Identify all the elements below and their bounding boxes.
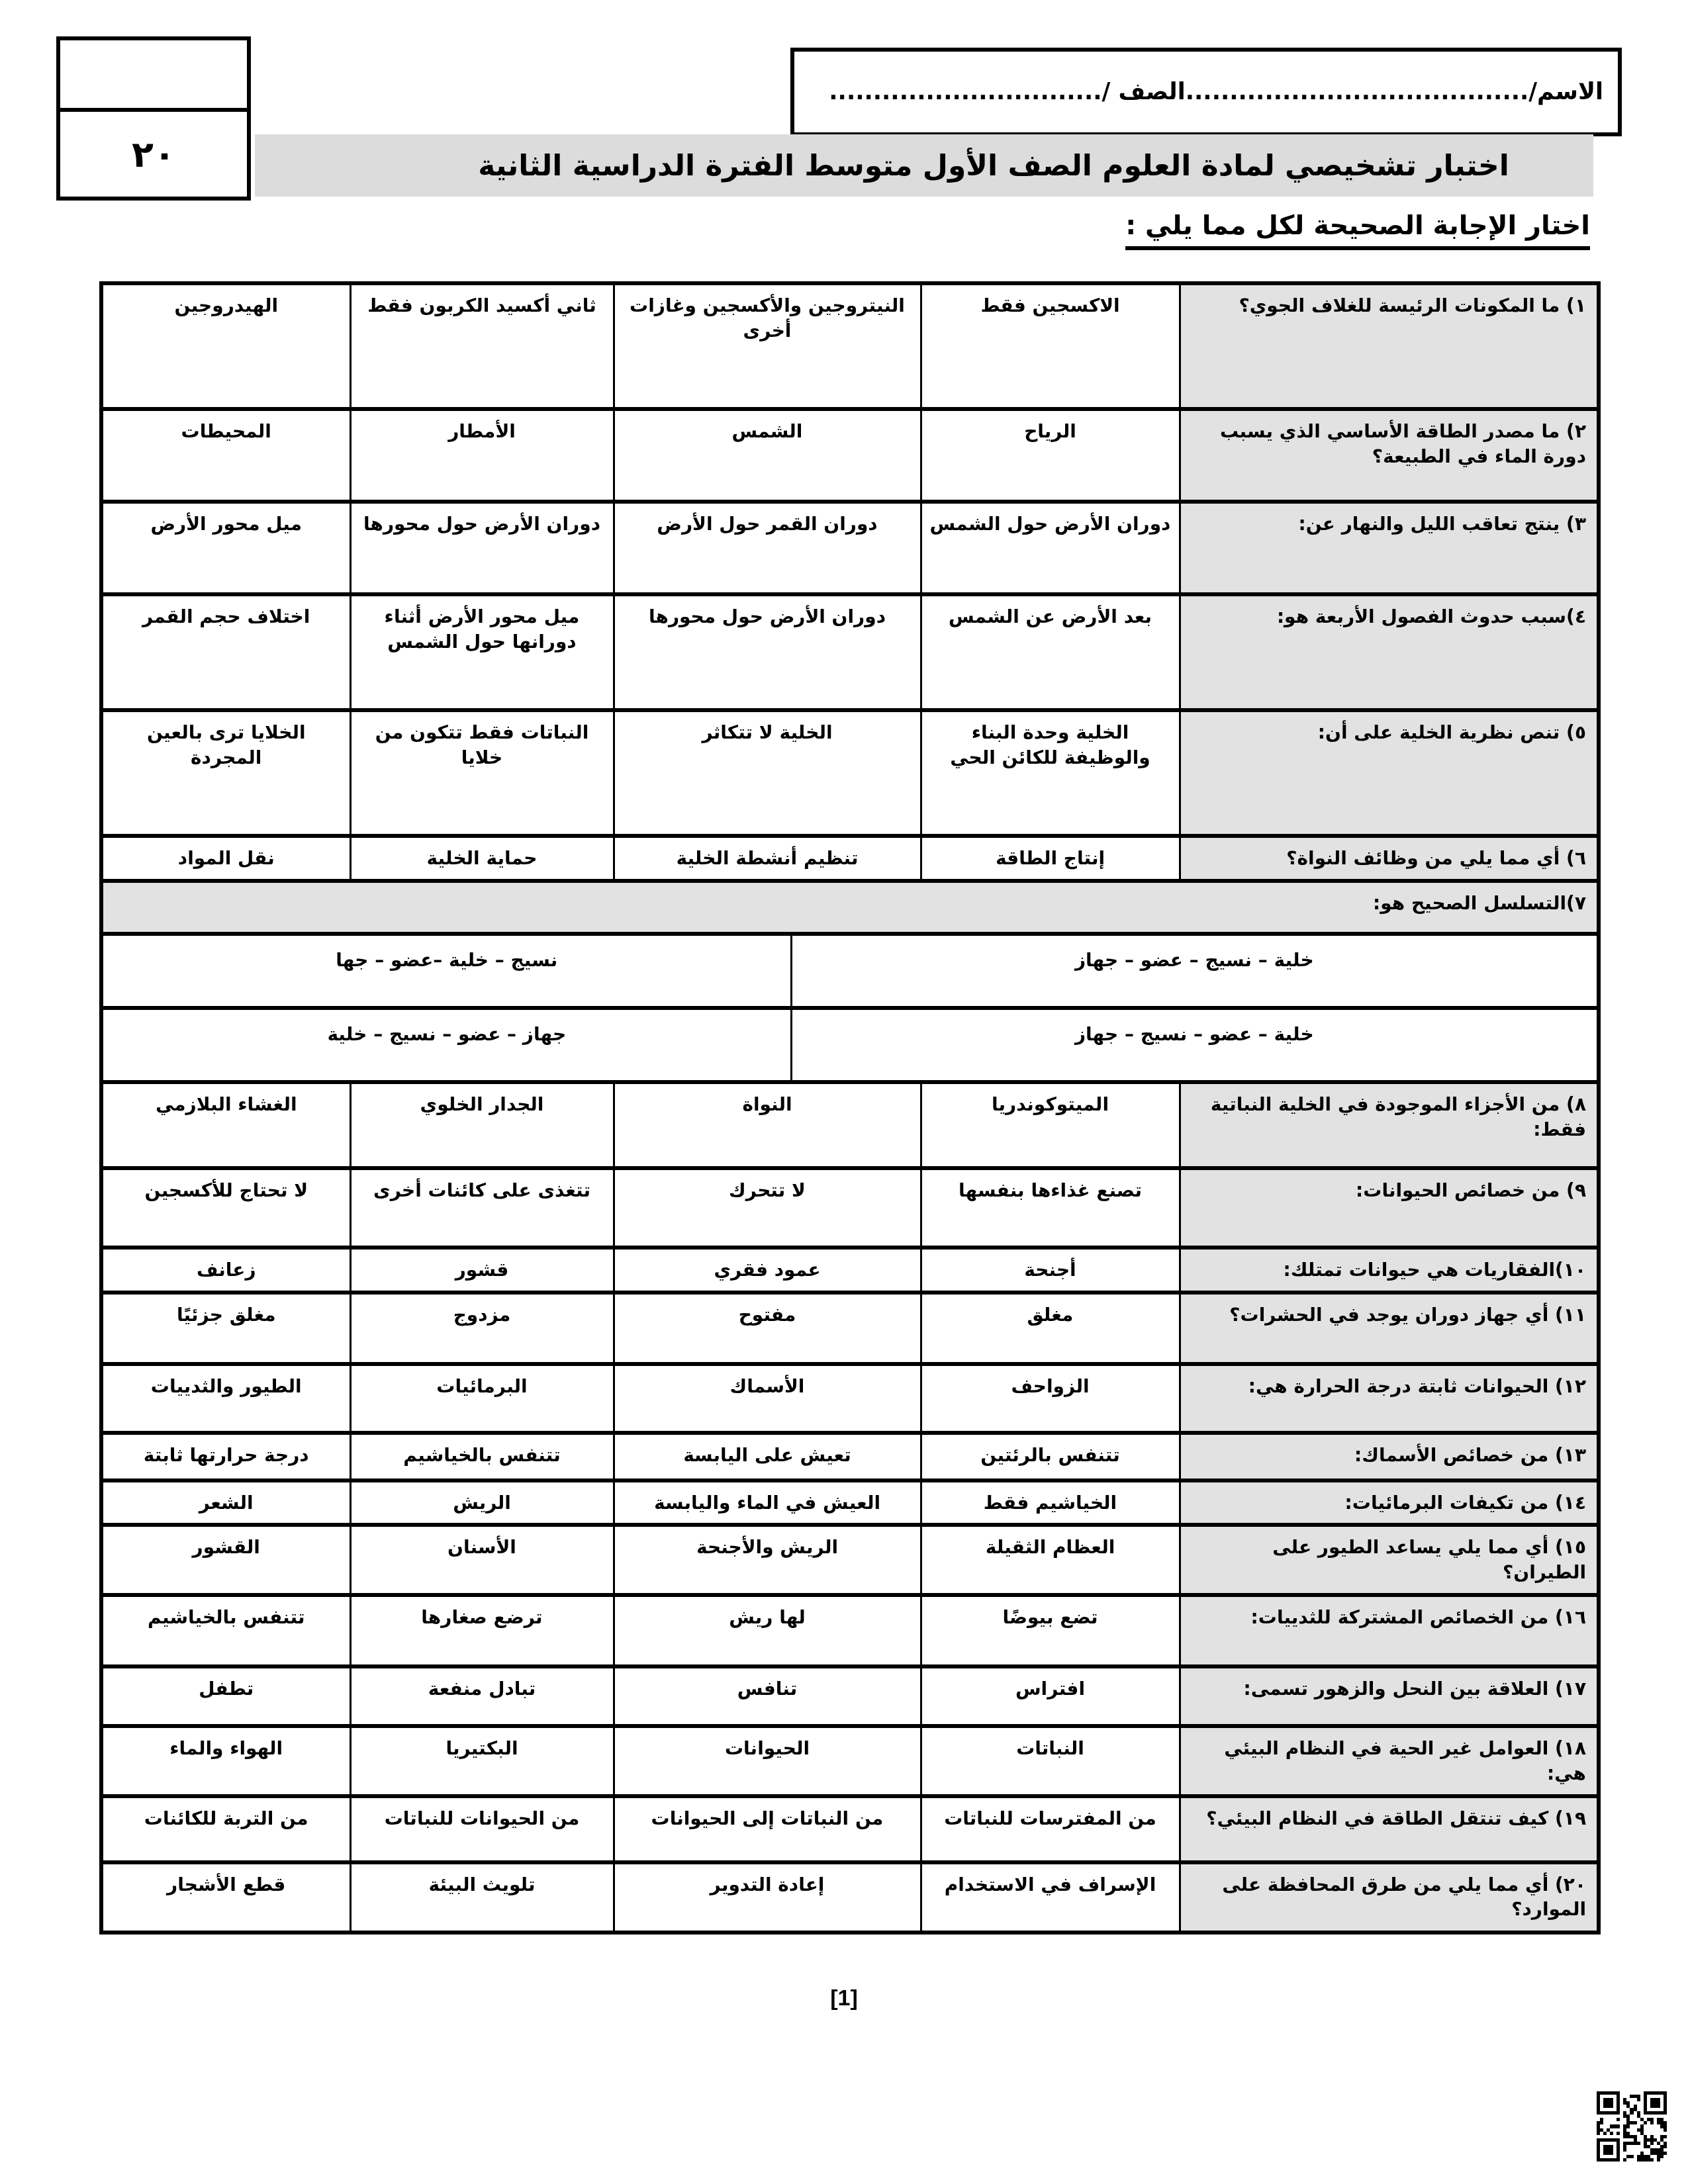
table-row: ١١) أي جهاز دوران يوجد في الحشرات؟مغلقمف…	[101, 1293, 1599, 1364]
table-row: ١٤) من تكيفات البرمائيات:الخياشيم فقطالع…	[101, 1480, 1599, 1525]
answer-option[interactable]: لا تتحرك	[614, 1168, 921, 1248]
answer-option[interactable]: العيش في الماء واليابسة	[614, 1480, 921, 1525]
answer-option[interactable]: الهيدروجين	[101, 283, 350, 409]
answer-option[interactable]: من المفترسات للنباتات	[921, 1796, 1180, 1862]
answer-option[interactable]: اختلاف حجم القمر	[101, 594, 350, 710]
instruction-wrap: اختار الإجابة الصحيحة لكل مما يلي :	[1125, 210, 1590, 250]
table-row: ١٦) من الخصائص المشتركة للثدييات:تضع بيو…	[101, 1595, 1599, 1666]
answer-option[interactable]: الاكسجين فقط	[921, 283, 1180, 409]
answer-option[interactable]: ميل محور الأرض	[101, 502, 350, 594]
table-row: ١٧) العلاقة بين النحل والزهور تسمى:افترا…	[101, 1666, 1599, 1726]
answer-option[interactable]: الريش	[350, 1480, 614, 1525]
table-row: ٧)التسلسل الصحيح هو:	[101, 881, 1599, 934]
answer-option[interactable]: النباتات	[921, 1726, 1180, 1796]
answer-option[interactable]: لا تحتاج للأكسجين	[101, 1168, 350, 1248]
table-row: خلية – عضو – نسيج – جهازجهاز – عضو – نسي…	[101, 1008, 1599, 1082]
answer-option[interactable]: الزواحف	[921, 1364, 1180, 1433]
answer-option[interactable]: من الحيوانات للنباتات	[350, 1796, 614, 1862]
question-cell: ١٣) من خصائص الأسماك:	[1180, 1433, 1599, 1480]
test-document-page: { "header": { "score_value": "٢٠", "name…	[0, 0, 1688, 2184]
answer-option[interactable]: دوران الأرض حول محورها	[614, 594, 921, 710]
question-cell: ٨) من الأجزاء الموجودة في الخلية النباتي…	[1180, 1082, 1599, 1168]
question-cell: ١٢) الحيوانات ثابتة درجة الحرارة هي:	[1180, 1364, 1599, 1433]
answer-option[interactable]: قشور	[350, 1248, 614, 1293]
answer-option[interactable]: خلية – نسيج – عضو – جهاز	[791, 934, 1599, 1008]
answer-option[interactable]: خلية – عضو – نسيج – جهاز	[791, 1008, 1599, 1082]
answer-option[interactable]: تلويث البيئة	[350, 1862, 614, 1933]
answer-option[interactable]: درجة حرارتها ثابتة	[101, 1433, 350, 1480]
answer-option[interactable]: الأسنان	[350, 1525, 614, 1595]
question-cell: ١) ما المكونات الرئيسة للغلاف الجوي؟	[1180, 283, 1599, 409]
answer-option[interactable]: لها ريش	[614, 1595, 921, 1666]
table-row: ١٢) الحيوانات ثابتة درجة الحرارة هي:الزو…	[101, 1364, 1599, 1433]
total-marks-value: ٢٠	[60, 112, 247, 197]
answer-option[interactable]: القشور	[101, 1525, 350, 1595]
answer-option[interactable]: بعد الأرض عن الشمس	[921, 594, 1180, 710]
answer-option[interactable]: تعيش على اليابسة	[614, 1433, 921, 1480]
answer-option[interactable]: البكتيريا	[350, 1726, 614, 1796]
answer-option[interactable]: نسيج – خلية –عضو – جها	[101, 934, 791, 1008]
answer-option[interactable]: ترضع صغارها	[350, 1595, 614, 1666]
answer-option[interactable]: مغلق	[921, 1293, 1180, 1364]
answer-option[interactable]: دوران الأرض حول الشمس	[921, 502, 1180, 594]
answer-option[interactable]: البرمائيات	[350, 1364, 614, 1433]
answer-option[interactable]: الشمس	[614, 409, 921, 502]
answer-option[interactable]: الحيوانات	[614, 1726, 921, 1796]
page-number: [1]	[0, 1985, 1688, 2011]
answer-option[interactable]: تصنع غذاءها بنفسها	[921, 1168, 1180, 1248]
answer-option[interactable]: الرياح	[921, 409, 1180, 502]
answer-option[interactable]: الجدار الخلوي	[350, 1082, 614, 1168]
answer-option[interactable]: مزدوج	[350, 1293, 614, 1364]
question-cell: ٢٠) أي مما يلي من طرق المحافظة على الموا…	[1180, 1862, 1599, 1933]
answer-option[interactable]: دوران القمر حول الأرض	[614, 502, 921, 594]
test-title: اختبار تشخيصي لمادة العلوم الصف الأول مت…	[478, 149, 1509, 183]
answer-option[interactable]: النواة	[614, 1082, 921, 1168]
answer-option[interactable]: الأسماك	[614, 1364, 921, 1433]
answer-option[interactable]: دوران الأرض حول محورها	[350, 502, 614, 594]
answer-option[interactable]: الإسراف في الاستخدام	[921, 1862, 1180, 1933]
answer-option[interactable]: المحيطات	[101, 409, 350, 502]
answer-option[interactable]: الهواء والماء	[101, 1726, 350, 1796]
table-row: ٥) تنص نظرية الخلية على أن:الخلية وحدة ا…	[101, 710, 1599, 836]
answer-option[interactable]: إعادة التدوير	[614, 1862, 921, 1933]
questions-table: ١) ما المكونات الرئيسة للغلاف الجوي؟الاك…	[99, 281, 1601, 1934]
table-row: ١٣) من خصائص الأسماك:تتنفس بالرئتينتعيش …	[101, 1433, 1599, 1480]
question-cell: ١٥) أي مما يلي يساعد الطيور على الطيران؟	[1180, 1525, 1599, 1595]
answer-option[interactable]: الطيور والثدييات	[101, 1364, 350, 1433]
qr-code	[1597, 2091, 1667, 2161]
name-class-line: الاسم/..................................…	[829, 79, 1603, 105]
table-row: ١٨) العوامل غير الحية في النظام البيئي ه…	[101, 1726, 1599, 1796]
answer-option[interactable]: مغلق جزئيًا	[101, 1293, 350, 1364]
answer-option[interactable]: زعانف	[101, 1248, 350, 1293]
answer-option[interactable]: تضع بيوضًا	[921, 1595, 1180, 1666]
answer-option[interactable]: النيتروجين والأكسجين وغازات أخرى	[614, 283, 921, 409]
question-cell: ١٠)الفقاريات هي حيوانات تمتلك:	[1180, 1248, 1599, 1293]
score-box: ٢٠	[56, 36, 251, 201]
answer-option[interactable]: تطفل	[101, 1666, 350, 1726]
answer-option[interactable]: نقل المواد	[101, 836, 350, 881]
answer-option[interactable]: ميل محور الأرض أثناء دورانها حول الشمس	[350, 594, 614, 710]
answer-option[interactable]: العظام الثقيلة	[921, 1525, 1180, 1595]
table-row: ٣) ينتج تعاقب الليل والنهار عن:دوران الأ…	[101, 502, 1599, 594]
table-row: ٨) من الأجزاء الموجودة في الخلية النباتي…	[101, 1082, 1599, 1168]
answer-option[interactable]: أجنحة	[921, 1248, 1180, 1293]
table-row: ٩) من خصائص الحيوانات:تصنع غذاءها بنفسها…	[101, 1168, 1599, 1248]
answer-option[interactable]: الخلية لا تتكاثر	[614, 710, 921, 836]
answer-option[interactable]: من النباتات إلى الحيوانات	[614, 1796, 921, 1862]
answer-option[interactable]: تتنفس بالخياشيم	[101, 1595, 350, 1666]
question-cell: ٥) تنص نظرية الخلية على أن:	[1180, 710, 1599, 836]
question-cell: ١١) أي جهاز دوران يوجد في الحشرات؟	[1180, 1293, 1599, 1364]
table-row: ١) ما المكونات الرئيسة للغلاف الجوي؟الاك…	[101, 283, 1599, 409]
answer-option[interactable]: حماية الخلية	[350, 836, 614, 881]
table-row: ٢) ما مصدر الطاقة الأساسي الذي يسبب دورة…	[101, 409, 1599, 502]
answer-option[interactable]: الميتوكوندريا	[921, 1082, 1180, 1168]
answer-option[interactable]: الخلايا ترى بالعين المجردة	[101, 710, 350, 836]
answer-option[interactable]: تتنفس بالرئتين	[921, 1433, 1180, 1480]
answer-option[interactable]: عمود فقري	[614, 1248, 921, 1293]
question-cell: ٧)التسلسل الصحيح هو:	[101, 881, 1599, 934]
answer-option[interactable]: ثاني أكسيد الكربون فقط	[350, 283, 614, 409]
question-cell: ١٧) العلاقة بين النحل والزهور تسمى:	[1180, 1666, 1599, 1726]
name-class-box: الاسم/..................................…	[790, 48, 1622, 136]
table-row: ٤)سبب حدوث الفصول الأربعة هو:بعد الأرض ع…	[101, 594, 1599, 710]
answer-option[interactable]: مفتوح	[614, 1293, 921, 1364]
question-cell: ٤)سبب حدوث الفصول الأربعة هو:	[1180, 594, 1599, 710]
answer-option[interactable]: الخياشيم فقط	[921, 1480, 1180, 1525]
question-cell: ٢) ما مصدر الطاقة الأساسي الذي يسبب دورة…	[1180, 409, 1599, 502]
question-cell: ٣) ينتج تعاقب الليل والنهار عن:	[1180, 502, 1599, 594]
instruction-heading: اختار الإجابة الصحيحة لكل مما يلي :	[1125, 210, 1590, 250]
table-row: ٢٠) أي مما يلي من طرق المحافظة على الموا…	[101, 1862, 1599, 1933]
question-cell: ١٤) من تكيفات البرمائيات:	[1180, 1480, 1599, 1525]
answer-option[interactable]: الخلية وحدة البناء والوظيفة للكائن الحي	[921, 710, 1180, 836]
question-cell: ٩) من خصائص الحيوانات:	[1180, 1168, 1599, 1248]
answer-option[interactable]: الأمطار	[350, 409, 614, 502]
table-row: خلية – نسيج – عضو – جهازنسيج – خلية –عضو…	[101, 934, 1599, 1008]
table-row: ١٩) كيف تنتقل الطاقة في النظام البيئي؟من…	[101, 1796, 1599, 1862]
table-row: ١٠)الفقاريات هي حيوانات تمتلك:أجنحةعمود …	[101, 1248, 1599, 1293]
answer-option[interactable]: الشعر	[101, 1480, 350, 1525]
answer-option[interactable]: تتغذى على كائنات أخرى	[350, 1168, 614, 1248]
answer-option[interactable]: تنافس	[614, 1666, 921, 1726]
table-row: ١٥) أي مما يلي يساعد الطيور على الطيران؟…	[101, 1525, 1599, 1595]
answer-option[interactable]: افتراس	[921, 1666, 1180, 1726]
answer-option[interactable]: من التربة للكائنات	[101, 1796, 350, 1862]
test-title-bar: اختبار تشخيصي لمادة العلوم الصف الأول مت…	[255, 134, 1593, 197]
answer-option[interactable]: تتنفس بالخياشيم	[350, 1433, 614, 1480]
question-cell: ١٨) العوامل غير الحية في النظام البيئي ه…	[1180, 1726, 1599, 1796]
question-cell: ١٩) كيف تنتقل الطاقة في النظام البيئي؟	[1180, 1796, 1599, 1862]
answer-option[interactable]: إنتاج الطاقة	[921, 836, 1180, 881]
answer-option[interactable]: تبادل منفعة	[350, 1666, 614, 1726]
answer-option[interactable]: قطع الأشجار	[101, 1862, 350, 1933]
answer-option[interactable]: النباتات فقط تتكون من خلايا	[350, 710, 614, 836]
answer-option[interactable]: تنظيم أنشطة الخلية	[614, 836, 921, 881]
question-cell: ٦) أي مما يلي من وظائف النواة؟	[1180, 836, 1599, 881]
score-box-empty-cell	[60, 40, 247, 112]
table-row: ٦) أي مما يلي من وظائف النواة؟إنتاج الطا…	[101, 836, 1599, 881]
answer-option[interactable]: جهاز – عضو – نسيج – خلية	[101, 1008, 791, 1082]
answer-option[interactable]: الغشاء البلازمي	[101, 1082, 350, 1168]
question-cell: ١٦) من الخصائص المشتركة للثدييات:	[1180, 1595, 1599, 1666]
answer-option[interactable]: الريش والأجنحة	[614, 1525, 921, 1595]
